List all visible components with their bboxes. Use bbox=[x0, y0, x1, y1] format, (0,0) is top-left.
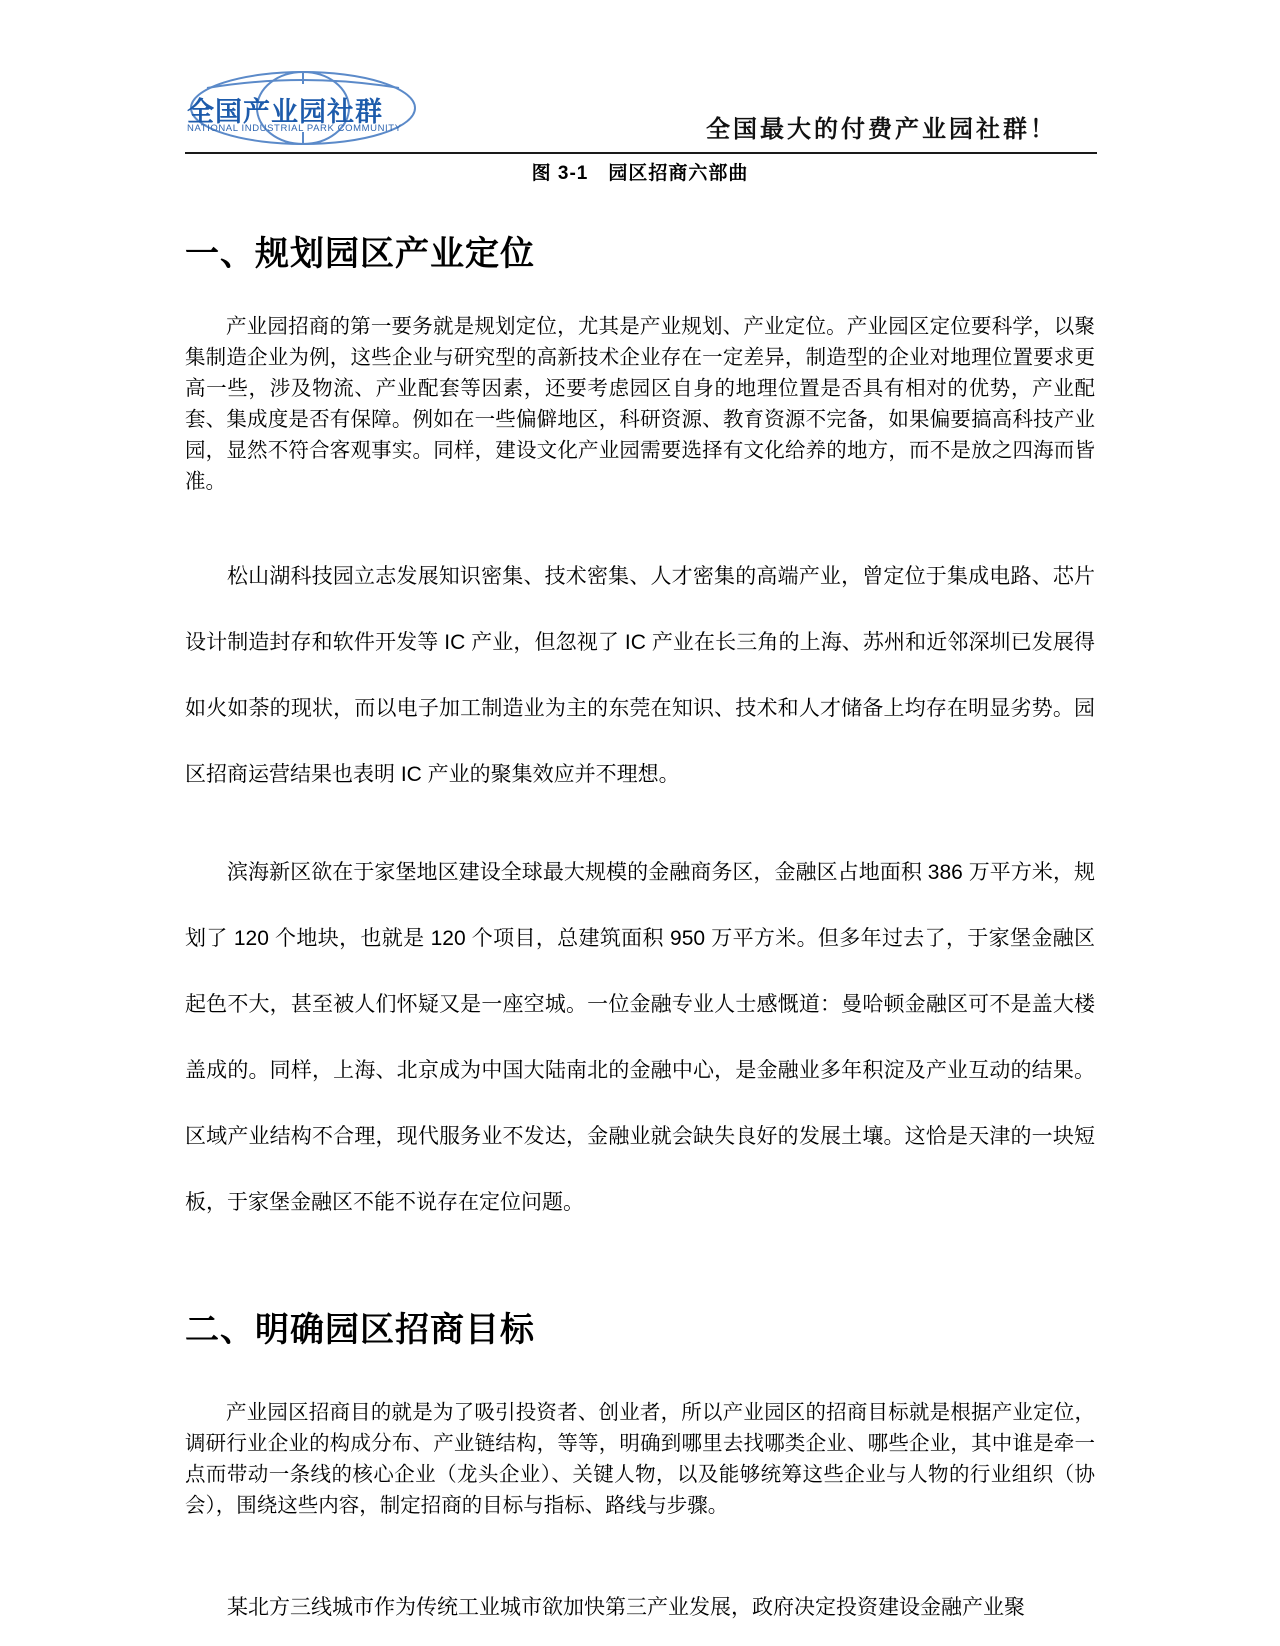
figure-caption: 图 3-1 园区招商六部曲 bbox=[185, 160, 1095, 188]
paragraph-binhai-case: 滨海新区欲在于家堡地区建设全球最大规模的金融商务区，金融区占地面积 386 万平… bbox=[185, 840, 1095, 1236]
page-header: 全国产业园社群 NATIONAL INDUSTRIAL PARK COMMUNI… bbox=[185, 0, 1097, 154]
document-body: 图 3-1 园区招商六部曲 一、规划园区产业定位 产业园招商的第一要务就是规划定… bbox=[185, 152, 1095, 1641]
section-1-heading: 一、规划园区产业定位 bbox=[185, 230, 1095, 278]
paragraph-positioning-intro: 产业园招商的第一要务就是规划定位，尤其是产业规划、产业定位。产业园区定位要科学，… bbox=[185, 312, 1095, 498]
logo-text-en: NATIONAL INDUSTRIAL PARK COMMUNITY bbox=[187, 123, 402, 134]
paragraph-goal-intro: 产业园区招商目的就是为了吸引投资者、创业者，所以产业园区的招商目标就是根据产业定… bbox=[185, 1398, 1095, 1522]
logo: 全国产业园社群 NATIONAL INDUSTRIAL PARK COMMUNI… bbox=[185, 70, 425, 146]
header-slogan: 全国最大的付费产业园社群！ bbox=[706, 109, 1057, 144]
section-2-heading: 二、明确园区招商目标 bbox=[185, 1306, 1095, 1354]
paragraph-northern-city-case: 某北方三线城市作为传统工业城市欲加快第三产业发展，政府决定投资建设金融产业聚 bbox=[185, 1575, 1095, 1641]
document-page: 全国产业园社群 NATIONAL INDUSTRIAL PARK COMMUNI… bbox=[0, 0, 1280, 1646]
paragraph-songshanhu-case: 松山湖科技园立志发展知识密集、技术密集、人才密集的高端产业，曾定位于集成电路、芯… bbox=[185, 544, 1095, 808]
